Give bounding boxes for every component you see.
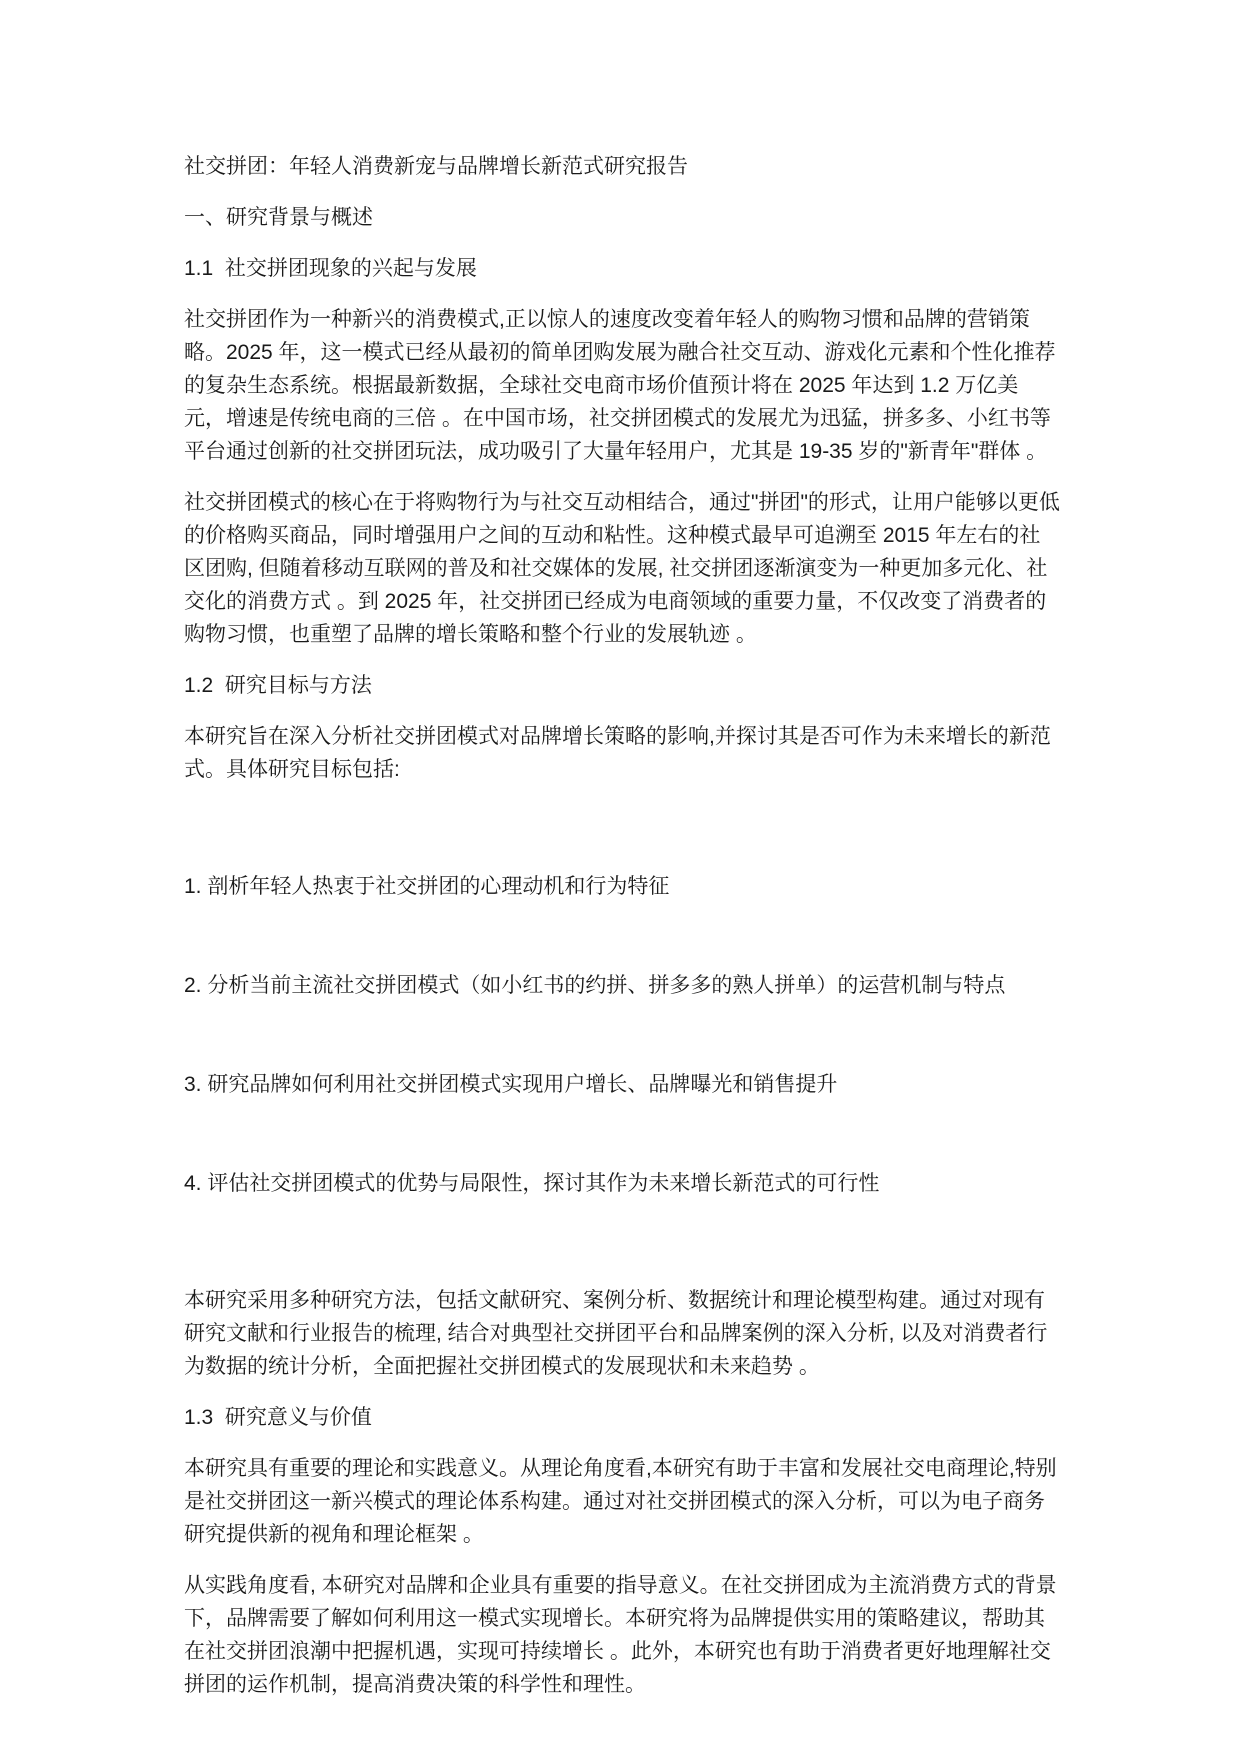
goal-item-4: 4. 评估社交拼团模式的优势与局限性，探讨其作为未来增长新范式的可行性 [184,1167,1060,1200]
section-1-heading: 一、研究背景与概述 [184,201,1060,234]
subsection-1-3-heading: 1.3 研究意义与价值 [184,1401,1060,1434]
goal-item-1: 1. 剖析年轻人热衷于社交拼团的心理动机和行为特征 [184,870,1060,903]
subsection-1-2-heading: 1.2 研究目标与方法 [184,669,1060,702]
goal-item-2: 2. 分析当前主流社交拼团模式（如小红书的约拼、拼多多的熟人拼单）的运营机制与特… [184,969,1060,1002]
paragraph-research-intro: 本研究旨在深入分析社交拼团模式对品牌增长策略的影响,并探讨其是否可作为未来增长的… [184,720,1060,786]
paragraph-methodology: 本研究采用多种研究方法，包括文献研究、案例分析、数据统计和理论模型构建。通过对现… [184,1284,1060,1383]
paragraph-model-core: 社交拼团模式的核心在于将购物行为与社交互动相结合，通过"拼团"的形式，让用户能够… [184,486,1060,651]
paragraph-theoretical-value: 本研究具有重要的理论和实践意义。从理论角度看,本研究有助于丰富和发展社交电商理论… [184,1452,1060,1551]
document-page: 社交拼团：年轻人消费新宠与品牌增长新范式研究报告 一、研究背景与概述 1.1 社… [0,0,1240,1752]
paragraph-practical-value: 从实践角度看, 本研究对品牌和企业具有重要的指导意义。在社交拼团成为主流消费方式… [184,1569,1060,1701]
report-body: 社交拼团：年轻人消费新宠与品牌增长新范式研究报告 一、研究背景与概述 1.1 社… [184,150,1060,1719]
paragraph-market-overview: 社交拼团作为一种新兴的消费模式,正以惊人的速度改变着年轻人的购物习惯和品牌的营销… [184,303,1060,468]
report-title: 社交拼团：年轻人消费新宠与品牌增长新范式研究报告 [184,150,1060,183]
subsection-1-1-heading: 1.1 社交拼团现象的兴起与发展 [184,252,1060,285]
research-goals-list: 1. 剖析年轻人热衷于社交拼团的心理动机和行为特征 2. 分析当前主流社交拼团模… [184,804,1060,1266]
goal-item-3: 3. 研究品牌如何利用社交拼团模式实现用户增长、品牌曝光和销售提升 [184,1068,1060,1101]
